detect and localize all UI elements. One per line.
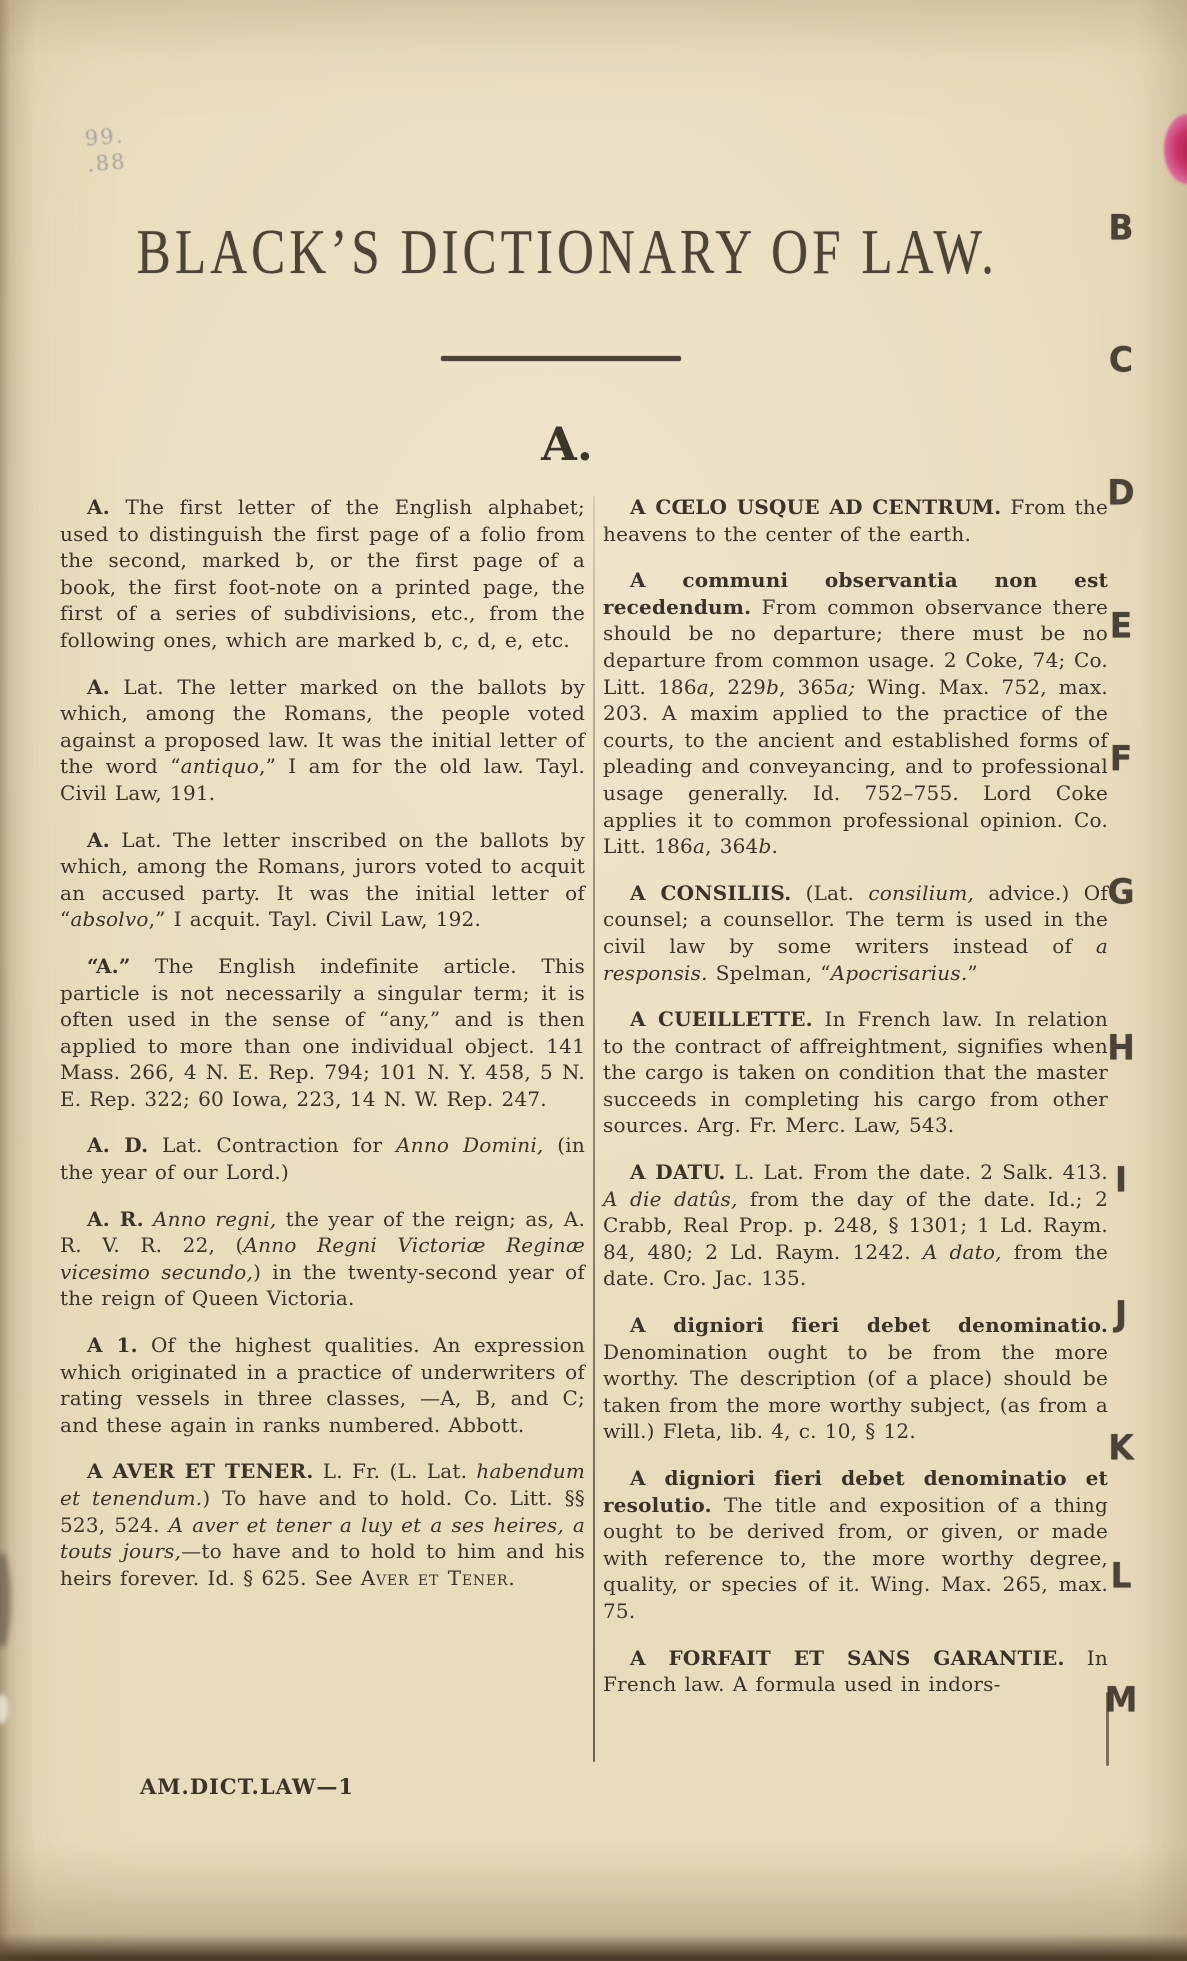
dictionary-entry: A CUEILLETTE. In French law. In relation… xyxy=(603,1006,1108,1139)
section-heading: A. xyxy=(0,421,1134,467)
book-page-scan: 99. .88 BLACK’S DICTIONARY OF LAW. A. A.… xyxy=(0,0,1187,1961)
dictionary-entry: A. D. Lat. Contraction for Anno Domini, … xyxy=(60,1132,585,1185)
thumb-tab-d: D xyxy=(1104,471,1138,516)
dictionary-entry: A. Lat. The letter inscribed on the ball… xyxy=(60,827,585,933)
dictionary-entry: A. The first letter of the English alpha… xyxy=(60,494,585,654)
dictionary-entry: A DATU. L. Lat. From the date. 2 Salk. 4… xyxy=(603,1159,1108,1292)
scan-artifact-line xyxy=(1106,1692,1109,1766)
dictionary-entry: A 1. Of the highest qualities. An expres… xyxy=(60,1332,585,1438)
dictionary-entry: A. R. Anno regni, the year of the reign;… xyxy=(60,1206,585,1312)
thumb-tab-m: M xyxy=(1104,1678,1138,1723)
thumb-tab-l: L xyxy=(1104,1554,1138,1599)
dictionary-entry: A communi observantia non est recedendum… xyxy=(603,567,1108,860)
dictionary-entry: A digniori fieri debet denominatio et re… xyxy=(603,1465,1108,1625)
page-title: BLACK’S DICTIONARY OF LAW. xyxy=(136,220,997,284)
printer-signature: AM.DICT.LAW—1 xyxy=(140,1774,354,1799)
dictionary-entry: A CŒLO USQUE AD CENTRUM. From the heaven… xyxy=(603,494,1108,547)
page-header: BLACK’S DICTIONARY OF LAW. xyxy=(0,220,1134,284)
pencil-stamp-marks: 99. .88 xyxy=(84,122,128,177)
thumb-tab-g: G xyxy=(1104,870,1138,915)
thumb-tab-k: K xyxy=(1104,1426,1138,1471)
stamp-mark-line1: 99. xyxy=(84,122,126,151)
column-divider-rule xyxy=(593,496,595,1762)
title-divider-rule xyxy=(441,356,681,361)
pink-ink-blot xyxy=(1164,114,1187,184)
dictionary-entry: A. Lat. The letter marked on the ballots… xyxy=(60,674,585,807)
left-edge-shadow xyxy=(0,0,10,1961)
thumb-tab-c: C xyxy=(1104,338,1138,383)
dictionary-entry: A AVER ET TENER. L. Fr. (L. Lat. habendu… xyxy=(60,1458,585,1591)
dictionary-entry: A digniori fieri debet denominatio. Deno… xyxy=(603,1312,1108,1445)
dictionary-entry: A FORFAIT ET SANS GARANTIE. In French la… xyxy=(603,1645,1108,1698)
left-text-column: A. The first letter of the English alpha… xyxy=(60,494,585,1611)
thumb-tab-h: H xyxy=(1104,1026,1138,1071)
thumb-tab-e: E xyxy=(1104,604,1138,649)
dictionary-entry: “A.” The English indefinite article. Thi… xyxy=(60,953,585,1113)
thumb-tab-j: J xyxy=(1104,1292,1138,1337)
thumb-tab-i: I xyxy=(1104,1158,1138,1203)
thumb-tab-b: B xyxy=(1104,206,1138,251)
dictionary-entry: A CONSILIIS. (Lat. consilium, advice.) O… xyxy=(603,880,1108,986)
thumb-tab-f: F xyxy=(1104,737,1138,782)
stamp-mark-line2: .88 xyxy=(86,148,128,177)
right-text-column: A CŒLO USQUE AD CENTRUM. From the heaven… xyxy=(603,494,1108,1718)
